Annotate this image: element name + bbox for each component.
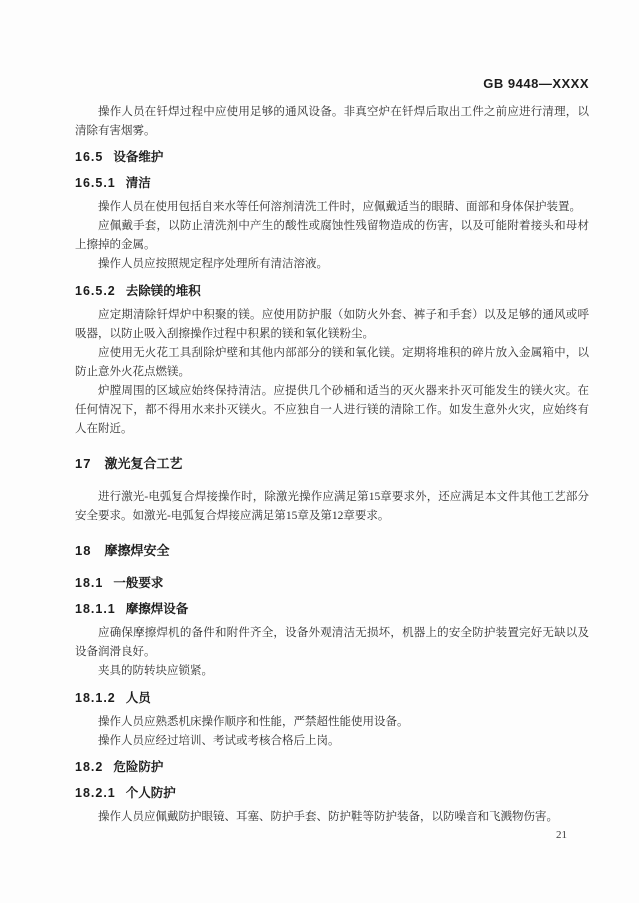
clause-title: 清洁 xyxy=(126,176,151,190)
paragraph-operator-training: 操作人员应经过培训、考试或考核合格后上岗。 xyxy=(75,732,589,751)
paragraph-magnesium-removal: 应定期清除钎焊炉中积聚的镁。应使用防护服（如防火外套、裤子和手套）以及足够的通风… xyxy=(75,306,589,344)
heading-16-5-1: 16.5.1清洁 xyxy=(75,175,589,192)
paragraph-friction-equipment: 应确保摩擦焊机的备件和附件齐全，设备外观清洁无损坏，机器上的安全防护装置完好无缺… xyxy=(75,624,589,662)
heading-17: 17激光复合工艺 xyxy=(75,455,589,473)
heading-18-1-2: 18.1.2人员 xyxy=(75,690,589,707)
clause-number: 16.5.1 xyxy=(75,176,116,190)
clause-title: 去除镁的堆积 xyxy=(126,284,201,298)
chapter-number: 17 xyxy=(75,456,91,471)
clause-title: 摩擦焊设备 xyxy=(126,602,189,616)
paragraph-solvent-protection: 操作人员在使用包括自来水等任何溶剂清洗工件时，应佩戴适当的眼睛、面部和身体保护装… xyxy=(75,198,589,217)
clause-title: 危险防护 xyxy=(113,760,163,774)
page-content: GB 9448—XXXX 操作人员在钎焊过程中应使用足够的通风设备。非真空炉在钎… xyxy=(75,76,589,827)
clause-title: 个人防护 xyxy=(126,786,176,800)
heading-16-5-2: 16.5.2去除镁的堆积 xyxy=(75,283,589,300)
clause-title: 设备维护 xyxy=(113,150,163,164)
heading-18-1: 18.1一般要求 xyxy=(75,575,589,592)
heading-18: 18摩擦焊安全 xyxy=(75,542,589,560)
clause-number: 16.5.2 xyxy=(75,284,116,298)
chapter-title: 激光复合工艺 xyxy=(104,456,182,471)
paragraph-gloves: 应佩戴手套，以防止清洗剂中产生的酸性或腐蚀性残留物造成的伤害，以及可能附着接头和… xyxy=(75,217,589,255)
heading-16-5: 16.5设备维护 xyxy=(75,149,589,166)
heading-18-2-1: 18.2.1个人防护 xyxy=(75,785,589,802)
chapter-title: 摩擦焊安全 xyxy=(104,543,169,558)
paragraph-ventilation: 操作人员在钎焊过程中应使用足够的通风设备。非真空炉在钎焊后取出工件之前应进行清理… xyxy=(75,103,589,141)
clause-number: 16.5 xyxy=(75,150,103,164)
clause-title: 一般要求 xyxy=(113,576,163,590)
heading-18-2: 18.2危险防护 xyxy=(75,759,589,776)
document-page: GB 9448—XXXX 操作人员在钎焊过程中应使用足够的通风设备。非真空炉在钎… xyxy=(0,0,639,903)
standard-number: GB 9448—XXXX xyxy=(75,76,589,91)
paragraph-furnace-area: 炉膛周围的区域应始终保持清洁。应提供几个砂桶和适当的灭火器来扑灭可能发生的镁火灾… xyxy=(75,382,589,439)
clause-title: 人员 xyxy=(126,691,151,705)
paragraph-laser-hybrid: 进行激光-电弧复合焊接操作时，除激光操作应满足第15章要求外，还应满足本文件其他… xyxy=(75,488,589,526)
heading-18-1-1: 18.1.1摩擦焊设备 xyxy=(75,601,589,618)
paragraph-cleaning-solution: 操作人员应按照规定程序处理所有清洁溶液。 xyxy=(75,255,589,274)
paragraph-operator-familiarity: 操作人员应熟悉机床操作顺序和性能，严禁超性能使用设备。 xyxy=(75,713,589,732)
paragraph-personal-protection: 操作人员应佩戴防护眼镜、耳塞、防护手套、防护鞋等防护装备，以防噪音和飞溅物伤害。 xyxy=(75,808,589,827)
paragraph-fixture-lock: 夹具的防转块应锁紧。 xyxy=(75,662,589,681)
clause-number: 18.2.1 xyxy=(75,786,116,800)
chapter-number: 18 xyxy=(75,543,91,558)
clause-number: 18.1.1 xyxy=(75,602,116,616)
clause-number: 18.1.2 xyxy=(75,691,116,705)
clause-number: 18.2 xyxy=(75,760,103,774)
page-number: 21 xyxy=(556,829,567,841)
clause-number: 18.1 xyxy=(75,576,103,590)
paragraph-spark-free-tools: 应使用无火花工具刮除炉壁和其他内部部分的镁和氧化镁。定期将堆积的碎片放入金属箱中… xyxy=(75,344,589,382)
